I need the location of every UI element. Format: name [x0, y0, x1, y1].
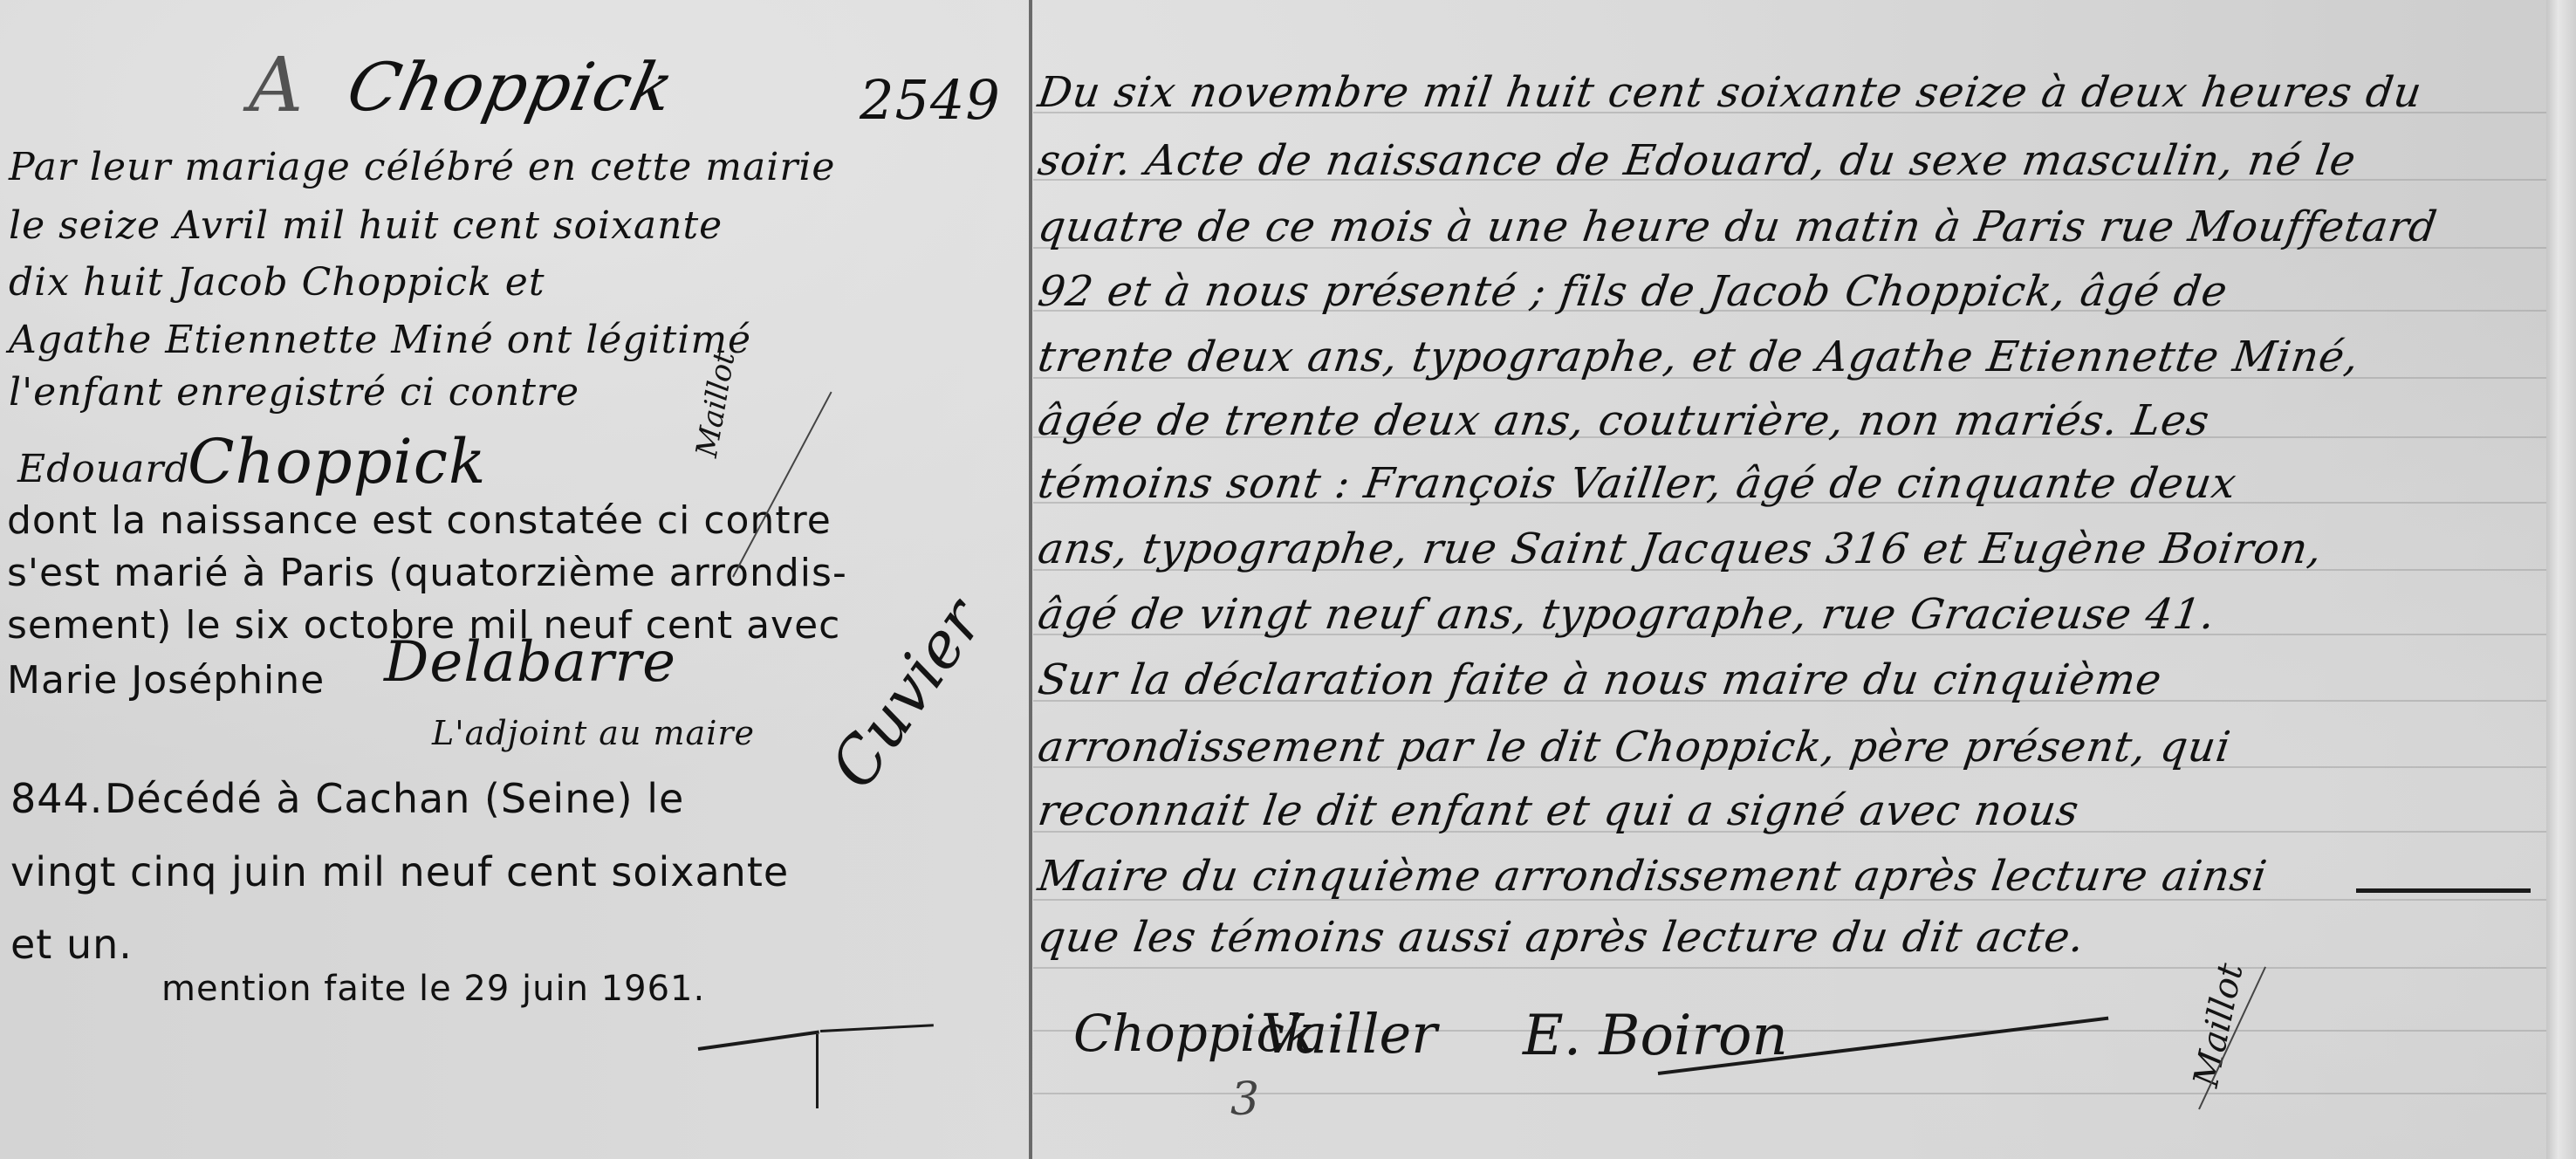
groom-first-name: Edouard [17, 447, 190, 491]
act-line: Sur la déclaration faite à nous maire du… [1036, 659, 2165, 701]
record-number: 2549 [860, 68, 1001, 132]
bride-last-name: Delabarre [384, 630, 676, 695]
act-line: âgé de vingt neuf ans, typographe, rue G… [1036, 593, 2218, 635]
note-line: s'est marié à Paris (quatorzième arrondi… [7, 554, 847, 593]
margin-signature-maillot: Maillot [689, 349, 743, 460]
witness-2-signature: E. Boiron [1523, 1004, 1788, 1068]
act-line: que les témoins aussi après lecture du d… [1036, 916, 2087, 958]
signature-stroke [698, 1031, 819, 1051]
note-line: vingt cinq juin mil neuf cent soixante [10, 848, 789, 895]
note-line: Par leur mariage célébré en cette mairie [9, 148, 835, 187]
note-line: Agathe Etiennette Miné ont légitimé [9, 321, 751, 360]
ruled-line [1033, 967, 2576, 969]
act-line: reconnait le dit enfant et qui a signé a… [1036, 790, 2082, 832]
margin-surname: Choppick [341, 48, 682, 126]
act-line: âgée de trente deux ans, couturière, non… [1036, 400, 2212, 442]
act-line: soir. Acte de naissance de Edouard, du s… [1036, 140, 2359, 182]
mayor-signature: Maillot [2186, 960, 2251, 1091]
act-line: 92 et à nous présenté ; fils de Jacob Ch… [1036, 271, 2230, 312]
note-line: et un. [10, 921, 133, 968]
note-line: le seize Avril mil huit cent soixante [9, 207, 723, 245]
margin-mark: A [249, 42, 304, 129]
act-line: trente deux ans, typographe, et de Agath… [1036, 336, 2362, 378]
groom-last-name: Choppick [188, 426, 486, 497]
marginal-digit: 3 [1230, 1073, 1259, 1126]
act-line: ans, typographe, rue Saint Jacques 316 e… [1036, 528, 2326, 570]
act-line: arrondissement par le dit Choppick, père… [1036, 726, 2234, 768]
page-edge [2546, 0, 2576, 1159]
signature-stroke [816, 1034, 819, 1108]
note-line: Décédé à Cachan (Seine) le [105, 775, 684, 822]
act-line: Maire du cinquième arrondissement après … [1036, 855, 2270, 897]
note-line: dix huit Jacob Choppick et [9, 264, 545, 302]
act-line: Du six novembre mil huit cent soixante s… [1036, 72, 2425, 113]
witness-1-signature: Vailler [1261, 1002, 1437, 1066]
adjoint-signature: Cuvier [816, 586, 997, 802]
ruled-line [1033, 1093, 2576, 1094]
signature-stroke [820, 1024, 934, 1032]
note-line: Marie Joséphine [7, 662, 325, 700]
death-note-number: 844. [10, 775, 103, 822]
paraph-stroke [732, 392, 832, 578]
note-line: l'enfant enregistré ci contre [9, 374, 579, 412]
act-line: témoins sont : François Vailler, âgé de … [1036, 463, 2240, 504]
act-line: quatre de ce mois à une heure du matin à… [1036, 206, 2440, 248]
note-line: dont la naissance est constatée ci contr… [7, 502, 832, 540]
register-page: A Choppick 2549 Par leur mariage célébré… [0, 0, 2576, 1159]
closing-rule [2356, 888, 2531, 893]
mention-line: mention faite le 29 juin 1961. [161, 969, 705, 1009]
column-divider [1029, 0, 1032, 1159]
official-title: L'adjoint au maire [432, 714, 755, 752]
